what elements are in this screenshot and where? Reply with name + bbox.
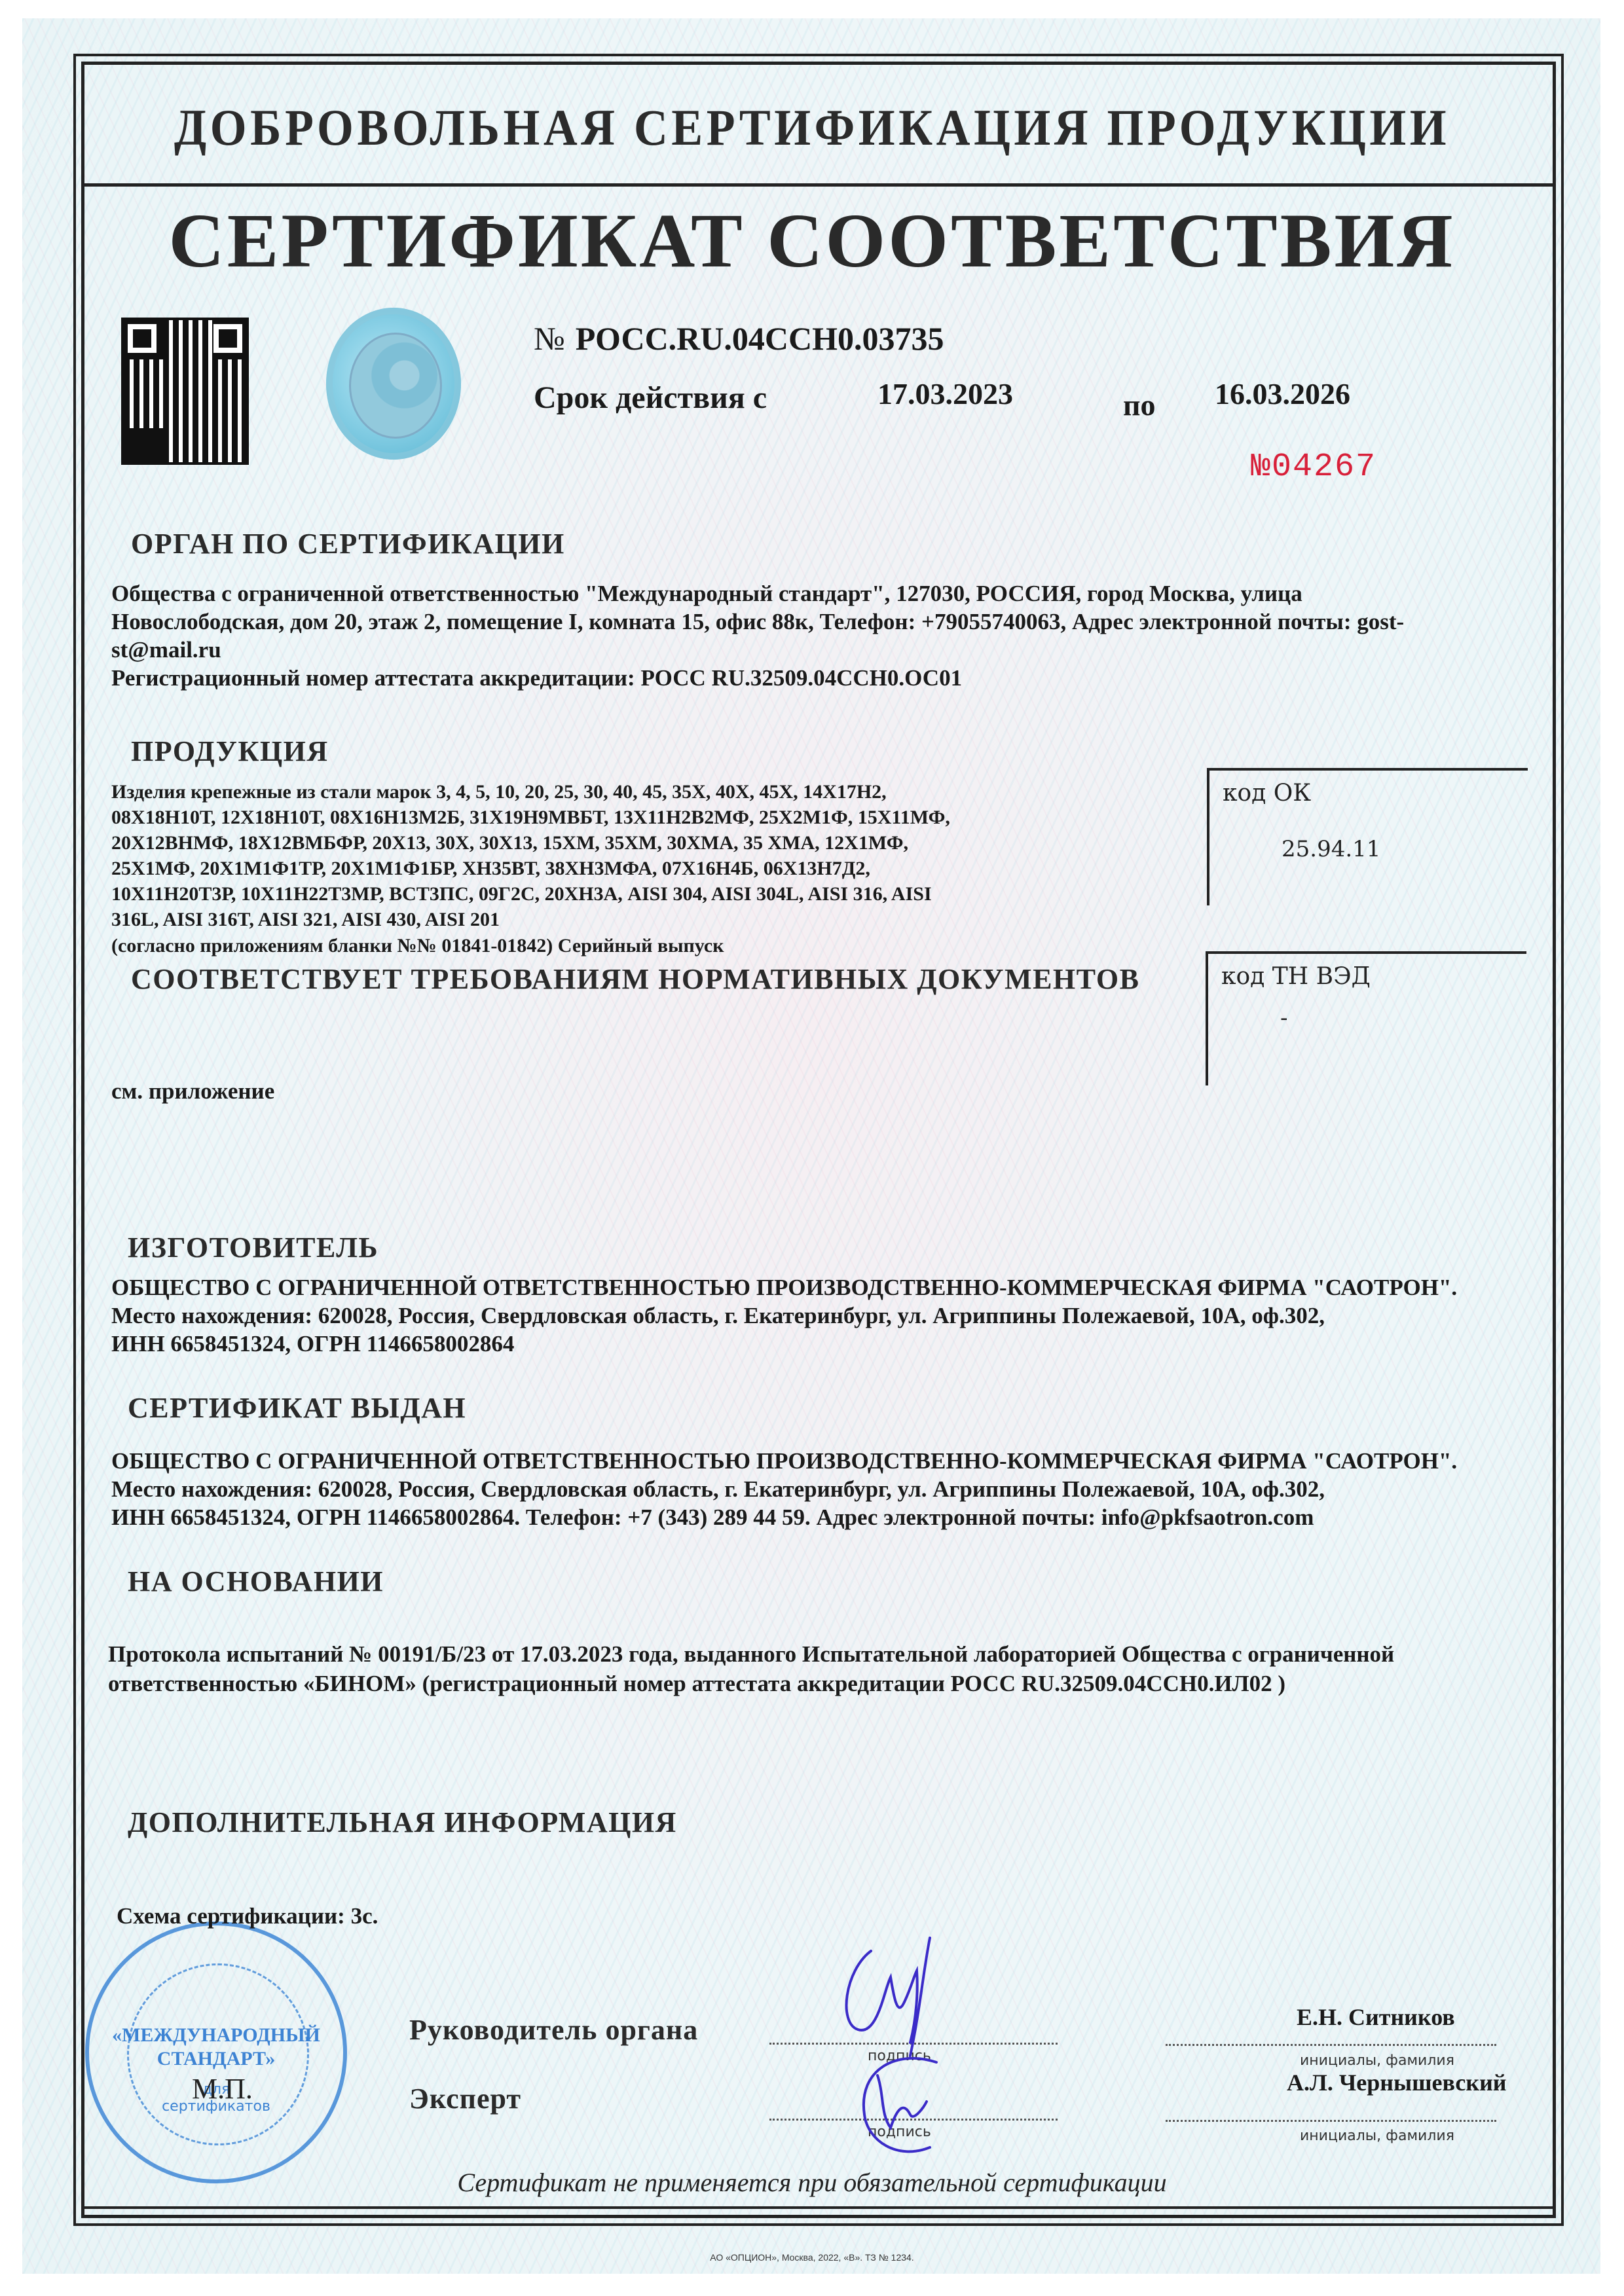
manufacturer-line3: ИНН 6658451324, ОГРН 1146658002864 [111,1330,514,1358]
basis-line2: ответственностью «БИНОМ» (регистрационны… [108,1669,1285,1698]
basis-line1: Протокола испытаний № 00191/Б/23 от 17.0… [108,1640,1394,1668]
stamp-org-line1: «МЕЖДУНАРОДНЫЙ [89,2024,343,2047]
code-ok-value: 25.94.11 [1282,836,1380,862]
head-name-line [1166,2044,1496,2046]
footer-divider [81,2206,1556,2209]
issued-to-line1: ОБЩЕСТВО С ОГРАНИЧЕННОЙ ОТВЕТСТВЕННОСТЬЮ… [111,1447,1457,1475]
code-ok-label: код ОК [1223,780,1311,807]
product-heading: ПРОДУКЦИЯ [131,735,329,768]
additional-info-heading: ДОПОЛНИТЕЛЬНАЯ ИНФОРМАЦИЯ [128,1806,677,1839]
expert-name-line [1166,2120,1496,2122]
code-ok-box: код ОК 25.94.11 [1207,768,1528,905]
product-note: (согласно приложениям бланки №№ 01841-01… [111,933,1094,958]
valid-to-date: 16.03.2026 [1215,376,1350,411]
qr-code-icon[interactable] [121,318,249,465]
certification-scheme: Схема сертификации: 3с. [117,1902,378,1930]
expert-name-caption: инициалы, фамилия [1300,2128,1454,2144]
compliance-heading: СООТВЕТСТВУЕТ ТРЕБОВАНИЯМ НОРМАТИВНЫХ ДО… [131,962,1140,996]
code-tnved-value: - [1280,1005,1288,1031]
accreditation-number: Регистрационный номер аттестата аккредит… [111,664,1421,692]
stamp-org-line2: СТАНДАРТ» [89,2047,343,2071]
certificate-number: №РОСС.RU.04ССН0.03735 [534,319,944,357]
manufacturer-heading: ИЗГОТОВИТЕЛЬ [128,1231,378,1264]
valid-from-date: 17.03.2023 [877,376,1013,411]
number-symbol: № [534,320,565,357]
page-title: СЕРТИФИКАТ СООТВЕТСТВИЯ [0,196,1624,285]
code-tnved-label: код ТН ВЭД [1221,963,1371,990]
globe-hologram-icon [326,308,461,460]
disclaimer-text: Сертификат не применяется при обязательн… [0,2167,1624,2198]
globe-icon [349,333,442,439]
head-signature-icon [832,1931,963,2062]
expert-role-label: Эксперт [409,2082,521,2115]
head-name: Е.Н. Ситников [1297,2003,1455,2031]
certification-body-text: Общества с ограниченной ответственностью… [111,579,1421,664]
basis-heading: НА ОСНОВАНИИ [128,1565,384,1598]
expert-name: А.Л. Чернышевский [1287,2069,1507,2096]
code-tnved-box: код ТН ВЭД - [1206,951,1526,1085]
stamp-org-name: «МЕЖДУНАРОДНЫЙ СТАНДАРТ» [89,2024,343,2071]
issued-to-heading: СЕРТИФИКАТ ВЫДАН [128,1391,466,1425]
stamp-place-label: М.П. [192,2072,253,2105]
certificate-number-value: РОСС.RU.04ССН0.03735 [576,320,944,357]
product-text: Изделия крепежные из стали марок 3, 4, 5… [111,779,969,932]
compliance-text: см. приложение [111,1077,274,1105]
manufacturer-line2: Место нахождения: 620028, Россия, Свердл… [111,1302,1325,1330]
expert-signature-icon [832,2049,963,2167]
manufacturer-line1: ОБЩЕСТВО С ОГРАНИЧЕННОЙ ОТВЕТСТВЕННОСТЬЮ… [111,1273,1457,1302]
head-name-caption: инициалы, фамилия [1300,2052,1454,2069]
round-seal-icon: «МЕЖДУНАРОДНЫЙ СТАНДАРТ» для сертификато… [85,1922,347,2183]
issued-to-line2: Место нахождения: 620028, Россия, Свердл… [111,1475,1325,1503]
header-divider [81,183,1556,187]
issued-to-line3: ИНН 6658451324, ОГРН 1146658002864. Теле… [111,1503,1314,1531]
printer-info: АО «ОПЦИОН», Москва, 2022, «В». ТЗ № 123… [0,2252,1624,2263]
certification-body-heading: ОРГАН ПО СЕРТИФИКАЦИИ [131,527,565,560]
validity-label: Срок действия с [534,380,767,416]
blank-serial-number: №04267 [1251,448,1376,486]
top-title: ДОБРОВОЛЬНАЯ СЕРТИФИКАЦИЯ ПРОДУКЦИИ [65,98,1559,157]
until-label: по [1123,388,1156,422]
head-role-label: Руководитель органа [409,2013,698,2047]
